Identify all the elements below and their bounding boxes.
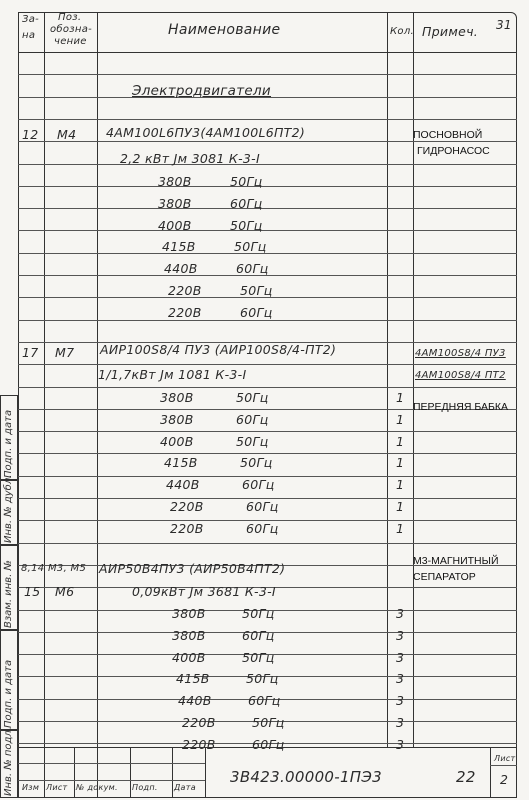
tb-col-line xyxy=(44,747,45,798)
group1-zone: 12 xyxy=(22,127,39,142)
variant-qty: 1 xyxy=(396,412,404,427)
variant-voltage: 220В xyxy=(168,283,202,298)
col-line-3 xyxy=(387,12,388,747)
variant-frequency: 50Гц xyxy=(240,283,273,298)
variant-frequency: 50Гц xyxy=(230,218,263,233)
variant-voltage: 400В xyxy=(158,218,192,233)
variant-qty: 1 xyxy=(396,521,404,536)
group1-note-line2: ГИДРОНАСОС xyxy=(417,145,490,158)
variant-qty: 3 xyxy=(396,715,404,730)
side-strip-label: Подп. и дата xyxy=(3,660,14,728)
page-number: 31 xyxy=(496,18,512,32)
variant-frequency: 50Гц xyxy=(236,434,269,449)
variant-frequency: 60Гц xyxy=(252,737,285,752)
group2-designation: М7 xyxy=(55,345,74,360)
group3-designation2: М6 xyxy=(55,584,74,599)
variant-qty: 3 xyxy=(396,737,404,752)
variant-voltage: 400В xyxy=(172,650,206,665)
row-line xyxy=(18,543,517,544)
group3-zone2: 15 xyxy=(24,584,41,599)
group2-note-printed: ПЕРЕДНЯЯ БАБКА xyxy=(413,401,508,414)
header-desig-l3: чение xyxy=(54,36,87,47)
variant-voltage: 380В xyxy=(172,628,206,643)
variant-frequency: 60Гц xyxy=(236,261,269,276)
side-strip-label: Инв. № подл. xyxy=(3,727,14,796)
col-line-1 xyxy=(44,12,45,747)
tb-sheet-line xyxy=(490,747,491,798)
group2-zone: 17 xyxy=(22,345,39,360)
group1-model: 4АМ100L6ПУ3(4АМ100L6ПТ2) xyxy=(106,125,305,140)
variant-voltage: 220В xyxy=(170,521,204,536)
variant-voltage: 380В xyxy=(160,412,194,427)
sheet-label: Лист xyxy=(494,754,515,763)
variant-voltage: 415В xyxy=(162,239,196,254)
row-line xyxy=(18,431,517,432)
group3-designation: М3, М5 xyxy=(48,563,86,574)
section-title: Электродвигатели xyxy=(132,83,271,99)
tb-col-label: № докум. xyxy=(76,783,118,792)
group3-model: АИР50В4ПУ3 (АИР50В4ПТ2) xyxy=(99,561,285,576)
variant-voltage: 380В xyxy=(172,606,206,621)
variant-voltage: 415В xyxy=(176,671,210,686)
variant-frequency: 60Гц xyxy=(230,196,263,211)
handwritten-number: 22 xyxy=(456,768,476,786)
row-line xyxy=(18,186,517,187)
tb-row-line xyxy=(18,763,205,764)
variant-frequency: 50Гц xyxy=(236,390,269,405)
group2-note-hw2: 4АМ100S8/4 ПТ2 xyxy=(415,370,506,381)
tb-col-line xyxy=(130,747,131,798)
variant-qty: 1 xyxy=(396,434,404,449)
variant-frequency: 50Гц xyxy=(246,671,279,686)
tb-col-label: Лист xyxy=(46,783,67,792)
variant-frequency: 60Гц xyxy=(246,499,279,514)
row-line xyxy=(18,364,517,365)
variant-qty: 3 xyxy=(396,693,404,708)
group2-specs: 1/1,7кВт Jм 1081 К-3-I xyxy=(98,367,246,382)
group1-note-line1: ПОСНОВНОЙ xyxy=(413,129,482,142)
tb-row-line xyxy=(18,780,205,781)
variant-voltage: 380В xyxy=(158,174,192,189)
group3-note-line1: М3-МАГНИТНЫЙ xyxy=(413,555,499,568)
tb-col-label: Изм xyxy=(22,783,39,792)
row-line xyxy=(18,164,517,165)
side-strip-label: Подп. и дата xyxy=(3,410,14,478)
variant-voltage: 380В xyxy=(158,196,192,211)
group3-note-line2: СЕПАРАТОР xyxy=(413,571,476,584)
variant-qty: 3 xyxy=(396,606,404,621)
variant-voltage: 415В xyxy=(164,455,198,470)
header-zone-l1: За- xyxy=(22,14,39,25)
tb-col-label: Подп. xyxy=(132,783,158,792)
variant-voltage: 400В xyxy=(160,434,194,449)
tb-col-line xyxy=(205,747,206,798)
group2-note-hw1: 4АМ100S8/4 ПУ3 xyxy=(415,348,506,359)
variant-frequency: 50Гц xyxy=(242,650,275,665)
row-line xyxy=(18,230,517,231)
group3-specs: 0,09кВт Jм 3681 К-3-I xyxy=(132,584,276,599)
group1-specs: 2,2 кВт Jм 3081 К-3-I xyxy=(120,151,260,166)
variant-qty: 1 xyxy=(396,499,404,514)
variant-qty: 3 xyxy=(396,671,404,686)
tb-col-line xyxy=(74,747,75,798)
row-line xyxy=(18,387,517,388)
group3-zone: 8,14 xyxy=(21,563,44,574)
row-line xyxy=(18,208,517,209)
variant-qty: 1 xyxy=(396,477,404,492)
row-line xyxy=(18,119,517,120)
header-zone-l2: на xyxy=(22,30,35,41)
row-line xyxy=(18,253,517,254)
variant-frequency: 60Гц xyxy=(242,477,275,492)
variant-frequency: 60Гц xyxy=(246,521,279,536)
variant-frequency: 60Гц xyxy=(248,693,281,708)
header-note: Примеч. xyxy=(422,24,478,39)
row-line xyxy=(18,453,517,454)
variant-qty: 1 xyxy=(396,455,404,470)
side-strip-label: Инв. № дубл. xyxy=(3,475,14,543)
header-desig-l2: обозна- xyxy=(50,24,92,35)
doc-number: 3В423.00000-1ПЭ3 xyxy=(230,768,382,786)
variant-qty: 3 xyxy=(396,628,404,643)
variant-voltage: 220В xyxy=(182,715,216,730)
variant-qty: 3 xyxy=(396,650,404,665)
variant-frequency: 60Гц xyxy=(240,305,273,320)
variant-frequency: 50Гц xyxy=(242,606,275,621)
variant-voltage: 380В xyxy=(160,390,194,405)
variant-voltage: 220В xyxy=(168,305,202,320)
variant-voltage: 220В xyxy=(182,737,216,752)
variant-frequency: 50Гц xyxy=(230,174,263,189)
side-strip-label: Взам. инв. № xyxy=(3,560,14,628)
header-bottom-line xyxy=(18,52,517,53)
variant-voltage: 220В xyxy=(170,499,204,514)
variant-frequency: 50Гц xyxy=(252,715,285,730)
header-desig-l1: Поз. xyxy=(58,12,81,23)
variant-voltage: 440В xyxy=(166,477,200,492)
group2-model: АИР100S8/4 ПУ3 (АИР100S8/4-ПТ2) xyxy=(100,342,336,357)
variant-frequency: 60Гц xyxy=(236,412,269,427)
header-qty: Кол. xyxy=(390,26,414,37)
group1-designation: М4 xyxy=(57,127,76,142)
header-name: Наименование xyxy=(168,22,280,38)
tb-sheet-divider xyxy=(490,765,517,766)
variant-frequency: 50Гц xyxy=(240,455,273,470)
sheet-number: 2 xyxy=(500,772,508,787)
title-block-top xyxy=(18,747,517,748)
tb-col-line xyxy=(172,747,173,798)
variant-frequency: 50Гц xyxy=(234,239,267,254)
variant-voltage: 440В xyxy=(164,261,198,276)
variant-frequency: 60Гц xyxy=(242,628,275,643)
variant-qty: 1 xyxy=(396,390,404,405)
variant-voltage: 440В xyxy=(178,693,212,708)
col-line-4 xyxy=(413,12,414,747)
tb-col-label: Дата xyxy=(174,783,196,792)
row-line xyxy=(18,74,517,75)
